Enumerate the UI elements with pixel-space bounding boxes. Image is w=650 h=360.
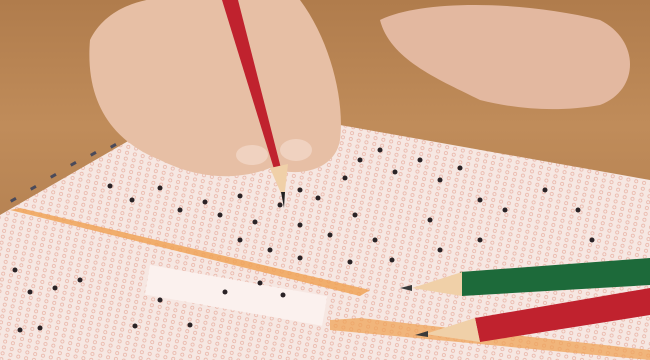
other-hand [380,5,630,109]
scene-illustration [0,0,650,360]
fingernail [236,145,268,165]
photo-scene [0,0,650,360]
fingernail [280,139,312,161]
